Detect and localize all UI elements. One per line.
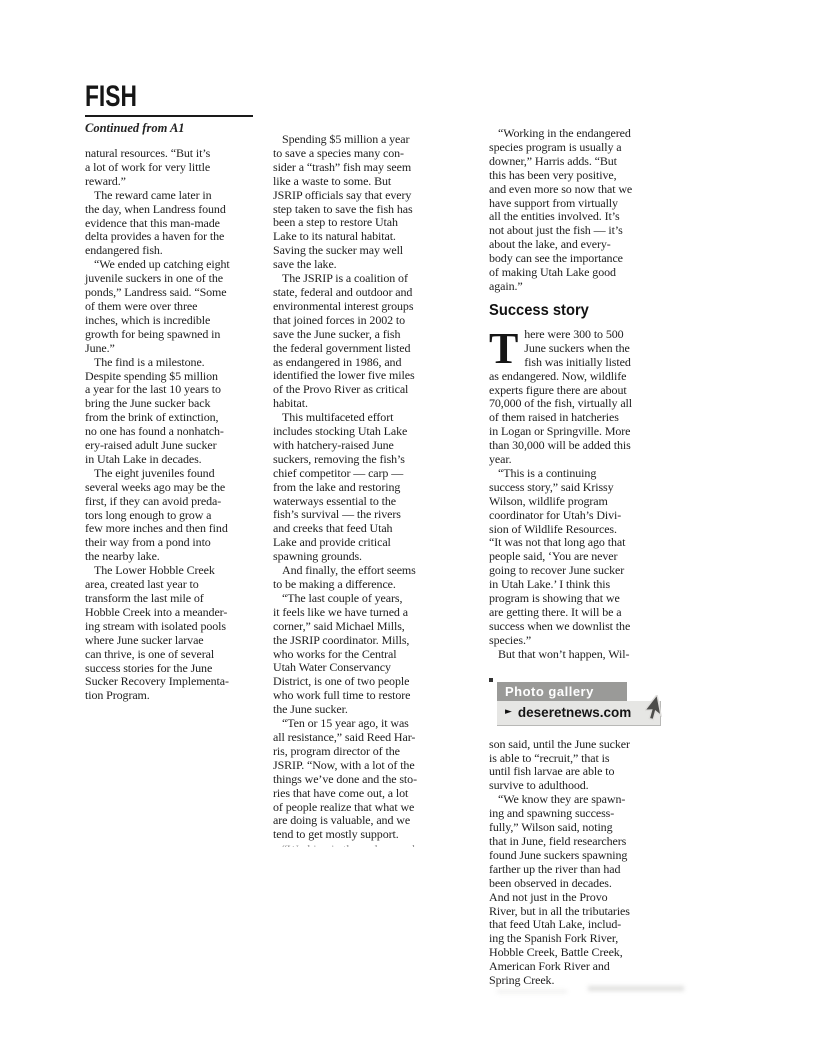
deseretnews-link[interactable]: deseretnews.com [518, 705, 631, 720]
paragraph: “The last couple of years, it feels like… [273, 592, 458, 717]
corner-dot [489, 678, 493, 682]
paragraph: “This is a continuing success story,” sa… [489, 467, 674, 648]
dropcap-paragraph: There were 300 to 500 June suckers when … [489, 328, 674, 467]
page-headline: FISH [85, 82, 137, 112]
paragraph: Spending $5 million a year to save a spe… [273, 133, 458, 272]
article-column-3: “Working in the endangered species progr… [489, 127, 674, 988]
paragraph: The Lower Hobble Creek area, created las… [85, 564, 270, 703]
paragraph: “We know they are spawn- ing and spawnin… [489, 793, 674, 988]
article-column-1: natural resources. “But it’s a lot of wo… [85, 147, 270, 703]
headline-block: FISH Continued from A1 [85, 82, 255, 136]
paragraph: The reward came later in the day, when L… [85, 189, 270, 259]
paragraph: And finally, the effort seems to be maki… [273, 564, 458, 592]
article-column-2: Spending $5 million a year to save a spe… [273, 133, 458, 847]
paragraph: The find is a milestone. Despite spendin… [85, 356, 270, 467]
newspaper-page: FISH Continued from A1 natural resources… [0, 0, 816, 1056]
clipped-text-line: “Working in the endangered [273, 843, 458, 847]
play-arrow-icon: ► [505, 700, 512, 725]
print-smudge [588, 986, 684, 991]
paragraph: “We ended up catching eight juvenile suc… [85, 258, 270, 355]
paragraph: natural resources. “But it’s a lot of wo… [85, 147, 270, 189]
paragraph: “Ten or 15 year ago, it was all resistan… [273, 717, 458, 842]
photo-gallery-header: Photo gallery [497, 682, 627, 701]
continued-from-line: Continued from A1 [85, 121, 255, 136]
headline-rule [85, 115, 253, 117]
deseretnews-link-row[interactable]: ► deseretnews.com [497, 701, 661, 726]
paragraph: But that won’t happen, Wil- [489, 648, 674, 662]
paragraph: son said, until the June sucker is able … [489, 738, 674, 794]
mouse-cursor-icon [645, 695, 669, 723]
subhead-success-story: Success story [489, 302, 589, 320]
photo-gallery-box: Photo gallery ► deseretnews.com [497, 682, 661, 726]
paragraph: The JSRIP is a coalition of state, feder… [273, 272, 458, 411]
paragraph: The eight juveniles found several weeks … [85, 467, 270, 564]
print-smudge [497, 990, 567, 993]
paragraph: This multifaceted effort includes stocki… [273, 411, 458, 564]
drop-cap: T [489, 328, 524, 367]
paragraph: “Working in the endangered species progr… [489, 127, 674, 294]
